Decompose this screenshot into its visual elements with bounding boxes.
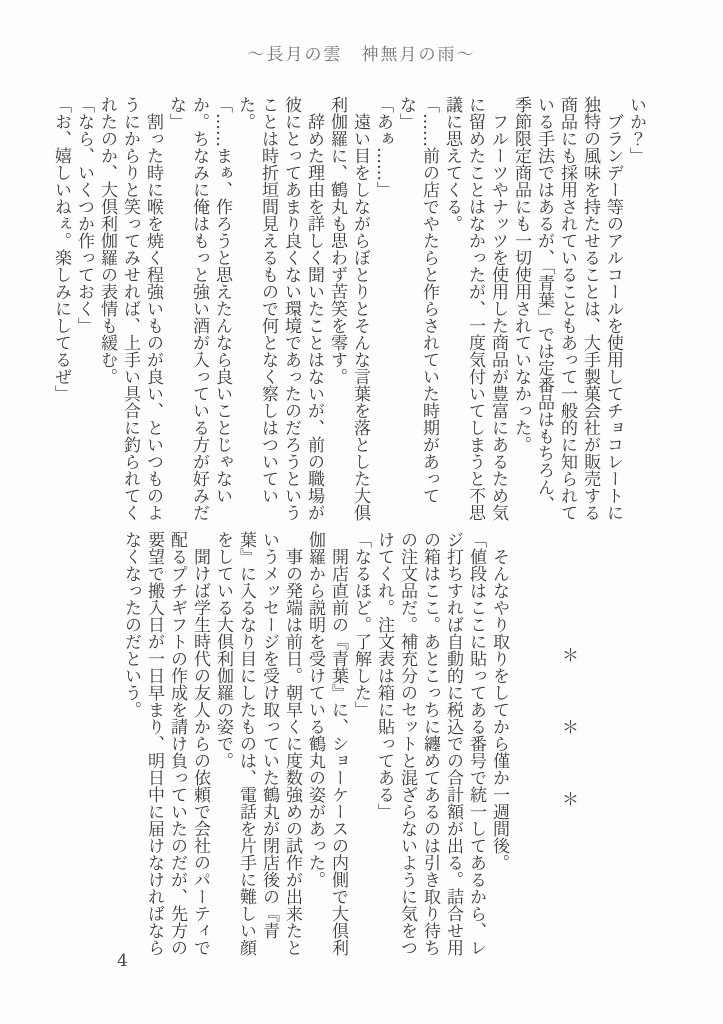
asterisk-glyph: ＊ — [558, 790, 578, 807]
paragraph: 開店直前の『青葉』に、ショーケースの内側で大倶利伽羅から説明を受けている鶴丸の姿… — [303, 531, 349, 958]
paragraph: ブランデー等のアルコールを使用してチョコレートに独特の風味を持たせることは、大手… — [509, 96, 624, 523]
paragraph: 聞けば学生時代の友人からの依頼で会社のパーティで配るプチギフトの作成を請け負って… — [119, 531, 211, 958]
paragraph: 「お、嬉しいねぇ。楽しみにしてるぜ」 — [49, 96, 72, 523]
paragraph: 「なるほど。了解した」 — [349, 531, 372, 958]
paragraph: 「……まぁ、作ろうと思えたんなら良いことじゃないか。ちなみに俺はもっと強い酒が入… — [164, 96, 233, 523]
paragraph: 辞めた理由を詳しく聞いたことはないが、前の職場が彼にとってあまり良くない環境であ… — [233, 96, 325, 523]
page-number: 4 — [117, 951, 128, 971]
paragraph: 割った時に喉を焼く程強いものが良い、といつものようにからりと笑ってみせれば、上手… — [95, 96, 164, 523]
paragraph: 「……前の店でやたらと作らされていた時期があってな」 — [394, 96, 440, 523]
text-block-bottom: ＊＊＊ そんなやり取りをしてから僅か一週間後。「値段はここに貼ってある番号で統一… — [119, 531, 647, 958]
novel-page: 〜長月の雲 神無月の雨〜 いか？」ブランデー等のアルコールを使用してチョコレート… — [0, 0, 723, 1024]
paragraph: フルーツやナッツを使用した商品が豊富にあるため気に留めたことはなかったが、一度気… — [440, 96, 509, 523]
paragraph: いか？」 — [624, 96, 647, 523]
paragraph: 「あぁ……」 — [371, 96, 394, 523]
paragraph: 「なら、いくつか作っておく」 — [72, 96, 95, 523]
paragraph: 事の発端は前日。朝早くに度数強めの試作が出来たというメッセージを受け取っていた鶴… — [211, 531, 303, 958]
asterisk-glyph: ＊ — [558, 718, 578, 735]
paragraph: 「値段はここに貼ってある番号で統一してあるから、レジ打ちすれば自動的に税込での合… — [372, 531, 487, 958]
paragraph: 遠い目をしながらぼとりとそんな言葉を落とした大倶利伽羅に、鶴丸も思わず苦笑を零す… — [325, 96, 371, 523]
paragraph: そんなやり取りをしてから僅か一週間後。 — [487, 531, 510, 958]
scene-separator: ＊＊＊ — [556, 531, 579, 958]
text-block-top: いか？」ブランデー等のアルコールを使用してチョコレートに独特の風味を持たせること… — [49, 96, 647, 523]
page-title: 〜長月の雲 神無月の雨〜 — [0, 40, 723, 65]
asterisk-glyph: ＊ — [558, 646, 578, 663]
